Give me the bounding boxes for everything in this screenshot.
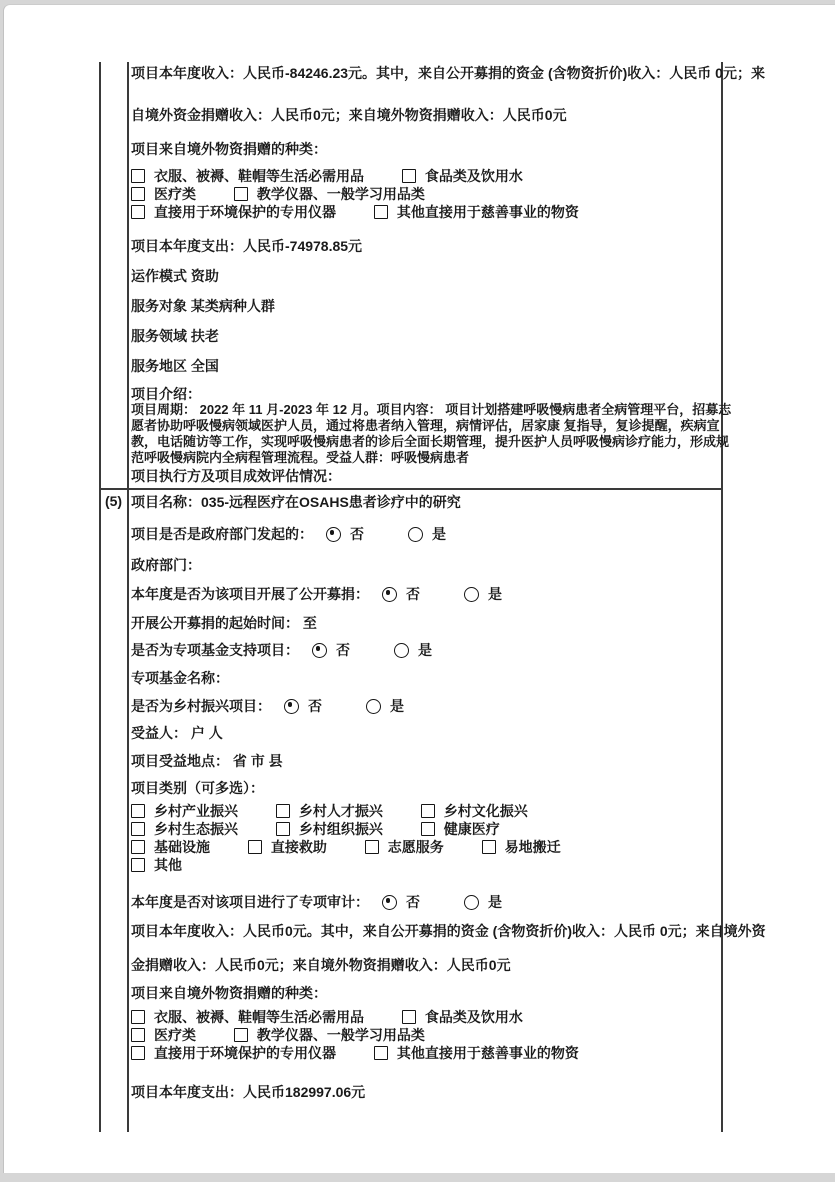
checkbox-label: 乡村人才振兴: [299, 803, 383, 819]
checkbox-rural-ecology-icon[interactable]: [131, 822, 145, 836]
p4-donation-kinds-row1: 衣服、被褥、鞋帽等生活必需用品 食品类及饮用水: [131, 167, 523, 185]
radio-rural-yes-icon[interactable]: [366, 699, 381, 714]
checkbox-rural-industry-icon[interactable]: [131, 804, 145, 818]
checkbox-env-protection-icon[interactable]: [131, 205, 145, 219]
checkbox-teaching-equipment-icon[interactable]: [234, 1028, 248, 1042]
p5-donation-kinds-row2: 医疗类 教学仪器、一般学习用品类: [131, 1026, 425, 1044]
checkbox-infrastructure-icon[interactable]: [131, 840, 145, 854]
checkbox-rural-talent-icon[interactable]: [276, 804, 290, 818]
p5-category-row1: 乡村产业振兴 乡村人才振兴 乡村文化振兴: [131, 802, 528, 820]
p4-income-line1: 项目本年度收入：人民币-84246.23元。其中，来自公开募捐的资金 (含物资折…: [131, 64, 765, 82]
p5-expense: 项目本年度支出：人民币182997.06元: [131, 1083, 365, 1101]
p4-income-line2: 自境外资金捐赠收入：人民币0元；来自境外物资捐赠收入：人民币0元: [131, 106, 567, 124]
radio-rural-no-icon[interactable]: [284, 699, 299, 714]
radio-label-yes: 是: [390, 698, 404, 714]
radio-label-yes: 是: [488, 586, 502, 602]
p5-question-special-fund: 是否为专项基金支持项目：否是: [131, 641, 432, 659]
checkbox-label: 食品类及饮用水: [425, 1009, 523, 1025]
radio-gov-no-icon[interactable]: [326, 527, 341, 542]
radio-fundraising-no-icon[interactable]: [382, 587, 397, 602]
checkbox-other-icon[interactable]: [131, 858, 145, 872]
checkbox-label: 医疗类: [154, 186, 196, 202]
checkbox-teaching-equipment-icon[interactable]: [234, 187, 248, 201]
checkbox-medical-icon[interactable]: [131, 1028, 145, 1042]
p5-beneficiaries: 受益人： 户 人: [131, 724, 223, 742]
radio-gov-yes-icon[interactable]: [408, 527, 423, 542]
p5-fundraising-time: 开展公开募捐的起始时间： 至: [131, 614, 317, 632]
checkbox-label: 易地搬迁: [505, 839, 561, 855]
checkbox-label: 基础设施: [154, 839, 210, 855]
checkbox-label: 其他: [154, 857, 182, 873]
radio-audit-yes-icon[interactable]: [464, 895, 479, 910]
table-left-border: [99, 62, 101, 1132]
checkbox-env-protection-icon[interactable]: [131, 1046, 145, 1060]
checkbox-label: 乡村生态振兴: [154, 821, 238, 837]
checkbox-label: 其他直接用于慈善事业的物资: [397, 204, 579, 220]
p5-project-name: 项目名称：035-远程医疗在OSAHS患者诊疗中的研究: [131, 493, 461, 511]
p5-donation-kinds-row1: 衣服、被褥、鞋帽等生活必需用品 食品类及饮用水: [131, 1008, 523, 1026]
checkbox-relocation-icon[interactable]: [482, 840, 496, 854]
checkbox-rural-organization-icon[interactable]: [276, 822, 290, 836]
checkbox-label: 食品类及饮用水: [425, 168, 523, 184]
checkbox-other-charity-icon[interactable]: [374, 1046, 388, 1060]
question-label: 是否为专项基金支持项目：: [131, 642, 299, 658]
p5-question-public-fundraising: 本年度是否为该项目开展了公开募捐：否是: [131, 585, 502, 603]
p5-question-special-audit: 本年度是否对该项目进行了专项审计：否是: [131, 893, 502, 911]
radio-special-fund-no-icon[interactable]: [312, 643, 327, 658]
p4-evaluation-title: 项目执行方及项目成效评估情况：: [131, 467, 341, 485]
p4-service-target: 服务对象 某类病种人群: [131, 297, 275, 315]
checkbox-label: 医疗类: [154, 1027, 196, 1043]
radio-label-yes: 是: [488, 894, 502, 910]
p5-benefit-location: 项目受益地点： 省 市 县: [131, 752, 283, 770]
p5-category-title: 项目类别（可多选）：: [131, 779, 264, 797]
radio-label-no: 否: [406, 894, 420, 910]
question-label: 项目是否是政府部门发起的：: [131, 526, 313, 542]
question-label: 本年度是否为该项目开展了公开募捐：: [131, 586, 369, 602]
checkbox-medical-icon[interactable]: [131, 187, 145, 201]
p5-question-gov-initiated: 项目是否是政府部门发起的：否是: [131, 525, 446, 543]
checkbox-clothing-icon[interactable]: [131, 169, 145, 183]
checkbox-label: 健康医疗: [444, 821, 500, 837]
radio-label-no: 否: [308, 698, 322, 714]
checkbox-label: 志愿服务: [388, 839, 444, 855]
table-right-border: [721, 62, 723, 1132]
p5-special-fund-name: 专项基金名称：: [131, 669, 229, 687]
row-number: (5): [99, 493, 128, 509]
checkbox-other-charity-icon[interactable]: [374, 205, 388, 219]
p4-expense: 项目本年度支出：人民币-74978.85元: [131, 237, 362, 255]
question-label: 本年度是否对该项目进行了专项审计：: [131, 894, 369, 910]
checkbox-food-water-icon[interactable]: [402, 169, 416, 183]
radio-label-no: 否: [406, 586, 420, 602]
p5-income-line1: 项目本年度收入：人民币0元。其中，来自公开募捐的资金 (含物资折价)收入：人民币…: [131, 922, 766, 940]
checkbox-label: 其他直接用于慈善事业的物资: [397, 1045, 579, 1061]
checkbox-label: 直接用于环境保护的专用仪器: [154, 1045, 336, 1061]
checkbox-label: 衣服、被褥、鞋帽等生活必需用品: [154, 168, 364, 184]
checkbox-label: 乡村文化振兴: [444, 803, 528, 819]
p4-intro-line4: 范呼吸慢病院内全病程管理流程。受益人群：呼吸慢病患者: [131, 449, 469, 467]
radio-label-no: 否: [336, 642, 350, 658]
p4-donation-kinds-row2: 医疗类 教学仪器、一般学习用品类: [131, 185, 425, 203]
p5-question-rural-revitalization: 是否为乡村振兴项目：否是: [131, 697, 404, 715]
table-row-divider: [99, 488, 723, 490]
question-label: 是否为乡村振兴项目：: [131, 698, 271, 714]
p5-gov-dept: 政府部门：: [131, 556, 201, 574]
checkbox-food-water-icon[interactable]: [402, 1010, 416, 1024]
checkbox-label: 教学仪器、一般学习用品类: [257, 186, 425, 202]
radio-label-yes: 是: [418, 642, 432, 658]
checkbox-label: 乡村产业振兴: [154, 803, 238, 819]
checkbox-rural-culture-icon[interactable]: [421, 804, 435, 818]
radio-special-fund-yes-icon[interactable]: [394, 643, 409, 658]
radio-label-no: 否: [350, 526, 364, 542]
p5-donation-kinds-title: 项目来自境外物资捐赠的种类：: [131, 984, 327, 1002]
checkbox-label: 衣服、被褥、鞋帽等生活必需用品: [154, 1009, 364, 1025]
checkbox-health-medical-icon[interactable]: [421, 822, 435, 836]
radio-label-yes: 是: [432, 526, 446, 542]
p4-operation-mode: 运作模式 资助: [131, 267, 219, 285]
checkbox-label: 直接用于环境保护的专用仪器: [154, 204, 336, 220]
p5-category-row2: 乡村生态振兴 乡村组织振兴 健康医疗: [131, 820, 500, 838]
checkbox-direct-relief-icon[interactable]: [248, 840, 262, 854]
checkbox-clothing-icon[interactable]: [131, 1010, 145, 1024]
checkbox-label: 乡村组织振兴: [299, 821, 383, 837]
checkbox-label: 教学仪器、一般学习用品类: [257, 1027, 425, 1043]
table-column-divider: [127, 62, 129, 1132]
p5-income-line2: 金捐赠收入：人民币0元；来自境外物资捐赠收入：人民币0元: [131, 956, 511, 974]
p4-donation-kinds-row3: 直接用于环境保护的专用仪器 其他直接用于慈善事业的物资: [131, 203, 579, 221]
radio-fundraising-yes-icon[interactable]: [464, 587, 479, 602]
p4-donation-kinds-title: 项目来自境外物资捐赠的种类：: [131, 140, 327, 158]
p5-donation-kinds-row3: 直接用于环境保护的专用仪器 其他直接用于慈善事业的物资: [131, 1044, 579, 1062]
checkbox-label: 直接救助: [271, 839, 327, 855]
p5-category-row4: 其他: [131, 856, 182, 874]
checkbox-volunteer-service-icon[interactable]: [365, 840, 379, 854]
radio-audit-no-icon[interactable]: [382, 895, 397, 910]
p4-service-region: 服务地区 全国: [131, 357, 219, 375]
p5-category-row3: 基础设施 直接救助 志愿服务 易地搬迁: [131, 838, 561, 856]
p4-service-field: 服务领域 扶老: [131, 327, 219, 345]
